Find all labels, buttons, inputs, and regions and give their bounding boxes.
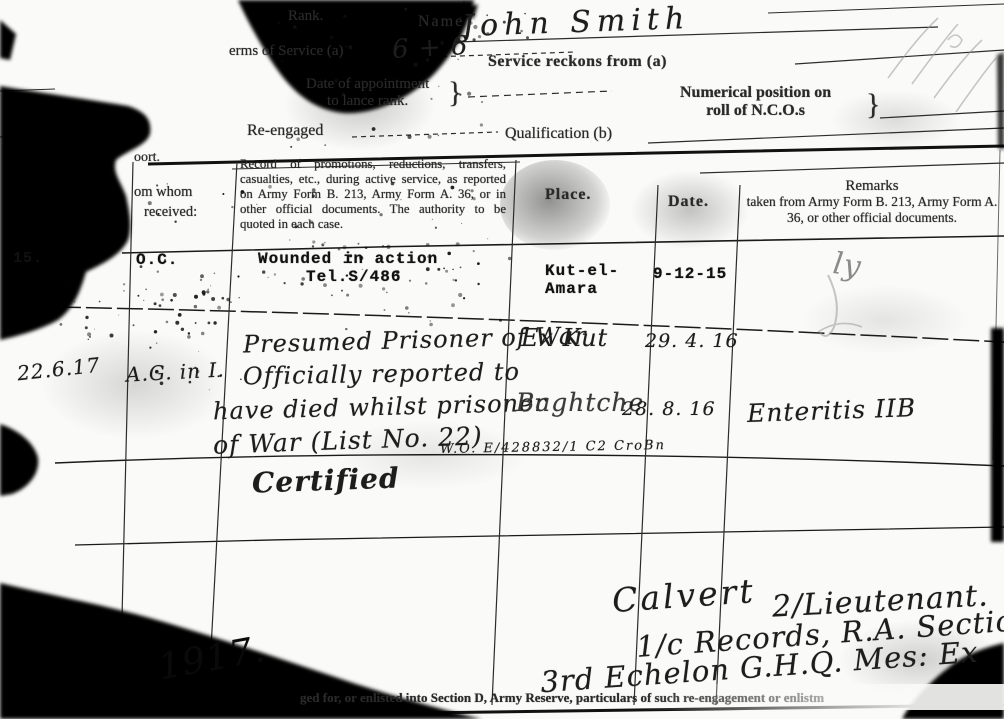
- row1-place: Kut-el- Amara: [545, 262, 619, 298]
- row2-place: Ex Kut: [521, 324, 608, 352]
- remarks-column-header: Remarks taken from Army Form B. 213, Arm…: [746, 178, 998, 226]
- row3-remark: Enteritis IIB: [747, 393, 917, 428]
- record-column-header: Record of promotions, reductions, transf…: [240, 157, 506, 232]
- row1-margin-date: 15.: [13, 250, 43, 267]
- scanned-document-page: Rank. Name John Smith erms of Service (a…: [0, 0, 1004, 719]
- from-whom-line2: received:: [144, 204, 197, 220]
- date-of-appointment-line1: Date of appointment: [306, 76, 429, 92]
- terms-of-service-value: 6 + 6: [391, 31, 469, 65]
- date-of-appointment-label: Date of appointment to lance rank.: [306, 76, 429, 110]
- row4-certified: Certified: [251, 461, 400, 499]
- numerical-position-line1: Numerical position on: [680, 84, 831, 101]
- re-engaged-label: Re-engaged: [247, 122, 323, 140]
- remarks-title: Remarks: [845, 178, 898, 194]
- numerical-brace: }: [866, 88, 880, 122]
- numerical-position-label: Numerical position on roll of N.C.O.s: [680, 84, 831, 120]
- row1-place-line2: Amara: [545, 280, 598, 298]
- row1-place-line1: Kut-el-: [545, 262, 619, 280]
- place-column-header: Place.: [545, 186, 591, 204]
- service-reckons-label: Service reckons from (a): [488, 53, 667, 71]
- date-of-appointment-line2: to lance rank.: [327, 93, 408, 109]
- name-label: Name: [418, 13, 464, 31]
- row1-remark-pencil-mark: ly: [831, 246, 864, 285]
- terms-of-service-label: erms of Service (a): [229, 43, 344, 60]
- row3-date: 28. 8. 16: [622, 398, 716, 420]
- from-whom-line1: om whom: [134, 184, 192, 200]
- rank-label: Rank.: [288, 8, 323, 25]
- date-column-header: Date.: [668, 193, 709, 211]
- footer-text: ged for, or enlisted into Section D, Arm…: [300, 690, 824, 706]
- appointment-brace: }: [448, 76, 462, 110]
- row2-date: 29. 4. 16: [645, 330, 739, 352]
- numerical-position-line2: roll of N.C.O.s: [706, 102, 805, 119]
- row1-record-line1: Wounded in action: [258, 250, 438, 268]
- qualification-label: Qualification (b): [505, 125, 612, 143]
- remarks-rest: taken from Army Form B. 213, Army Form A…: [747, 194, 998, 225]
- row1-record-line2: Tel.S/486: [306, 268, 401, 286]
- row1-date: 9-12-15: [653, 265, 727, 283]
- row1-from-whom: O.C.: [136, 251, 178, 269]
- from-whom-header: om whom received:: [134, 182, 197, 222]
- report-column-fragment: oort.: [134, 150, 160, 166]
- row3-record-line1: Officially reported to: [243, 358, 520, 391]
